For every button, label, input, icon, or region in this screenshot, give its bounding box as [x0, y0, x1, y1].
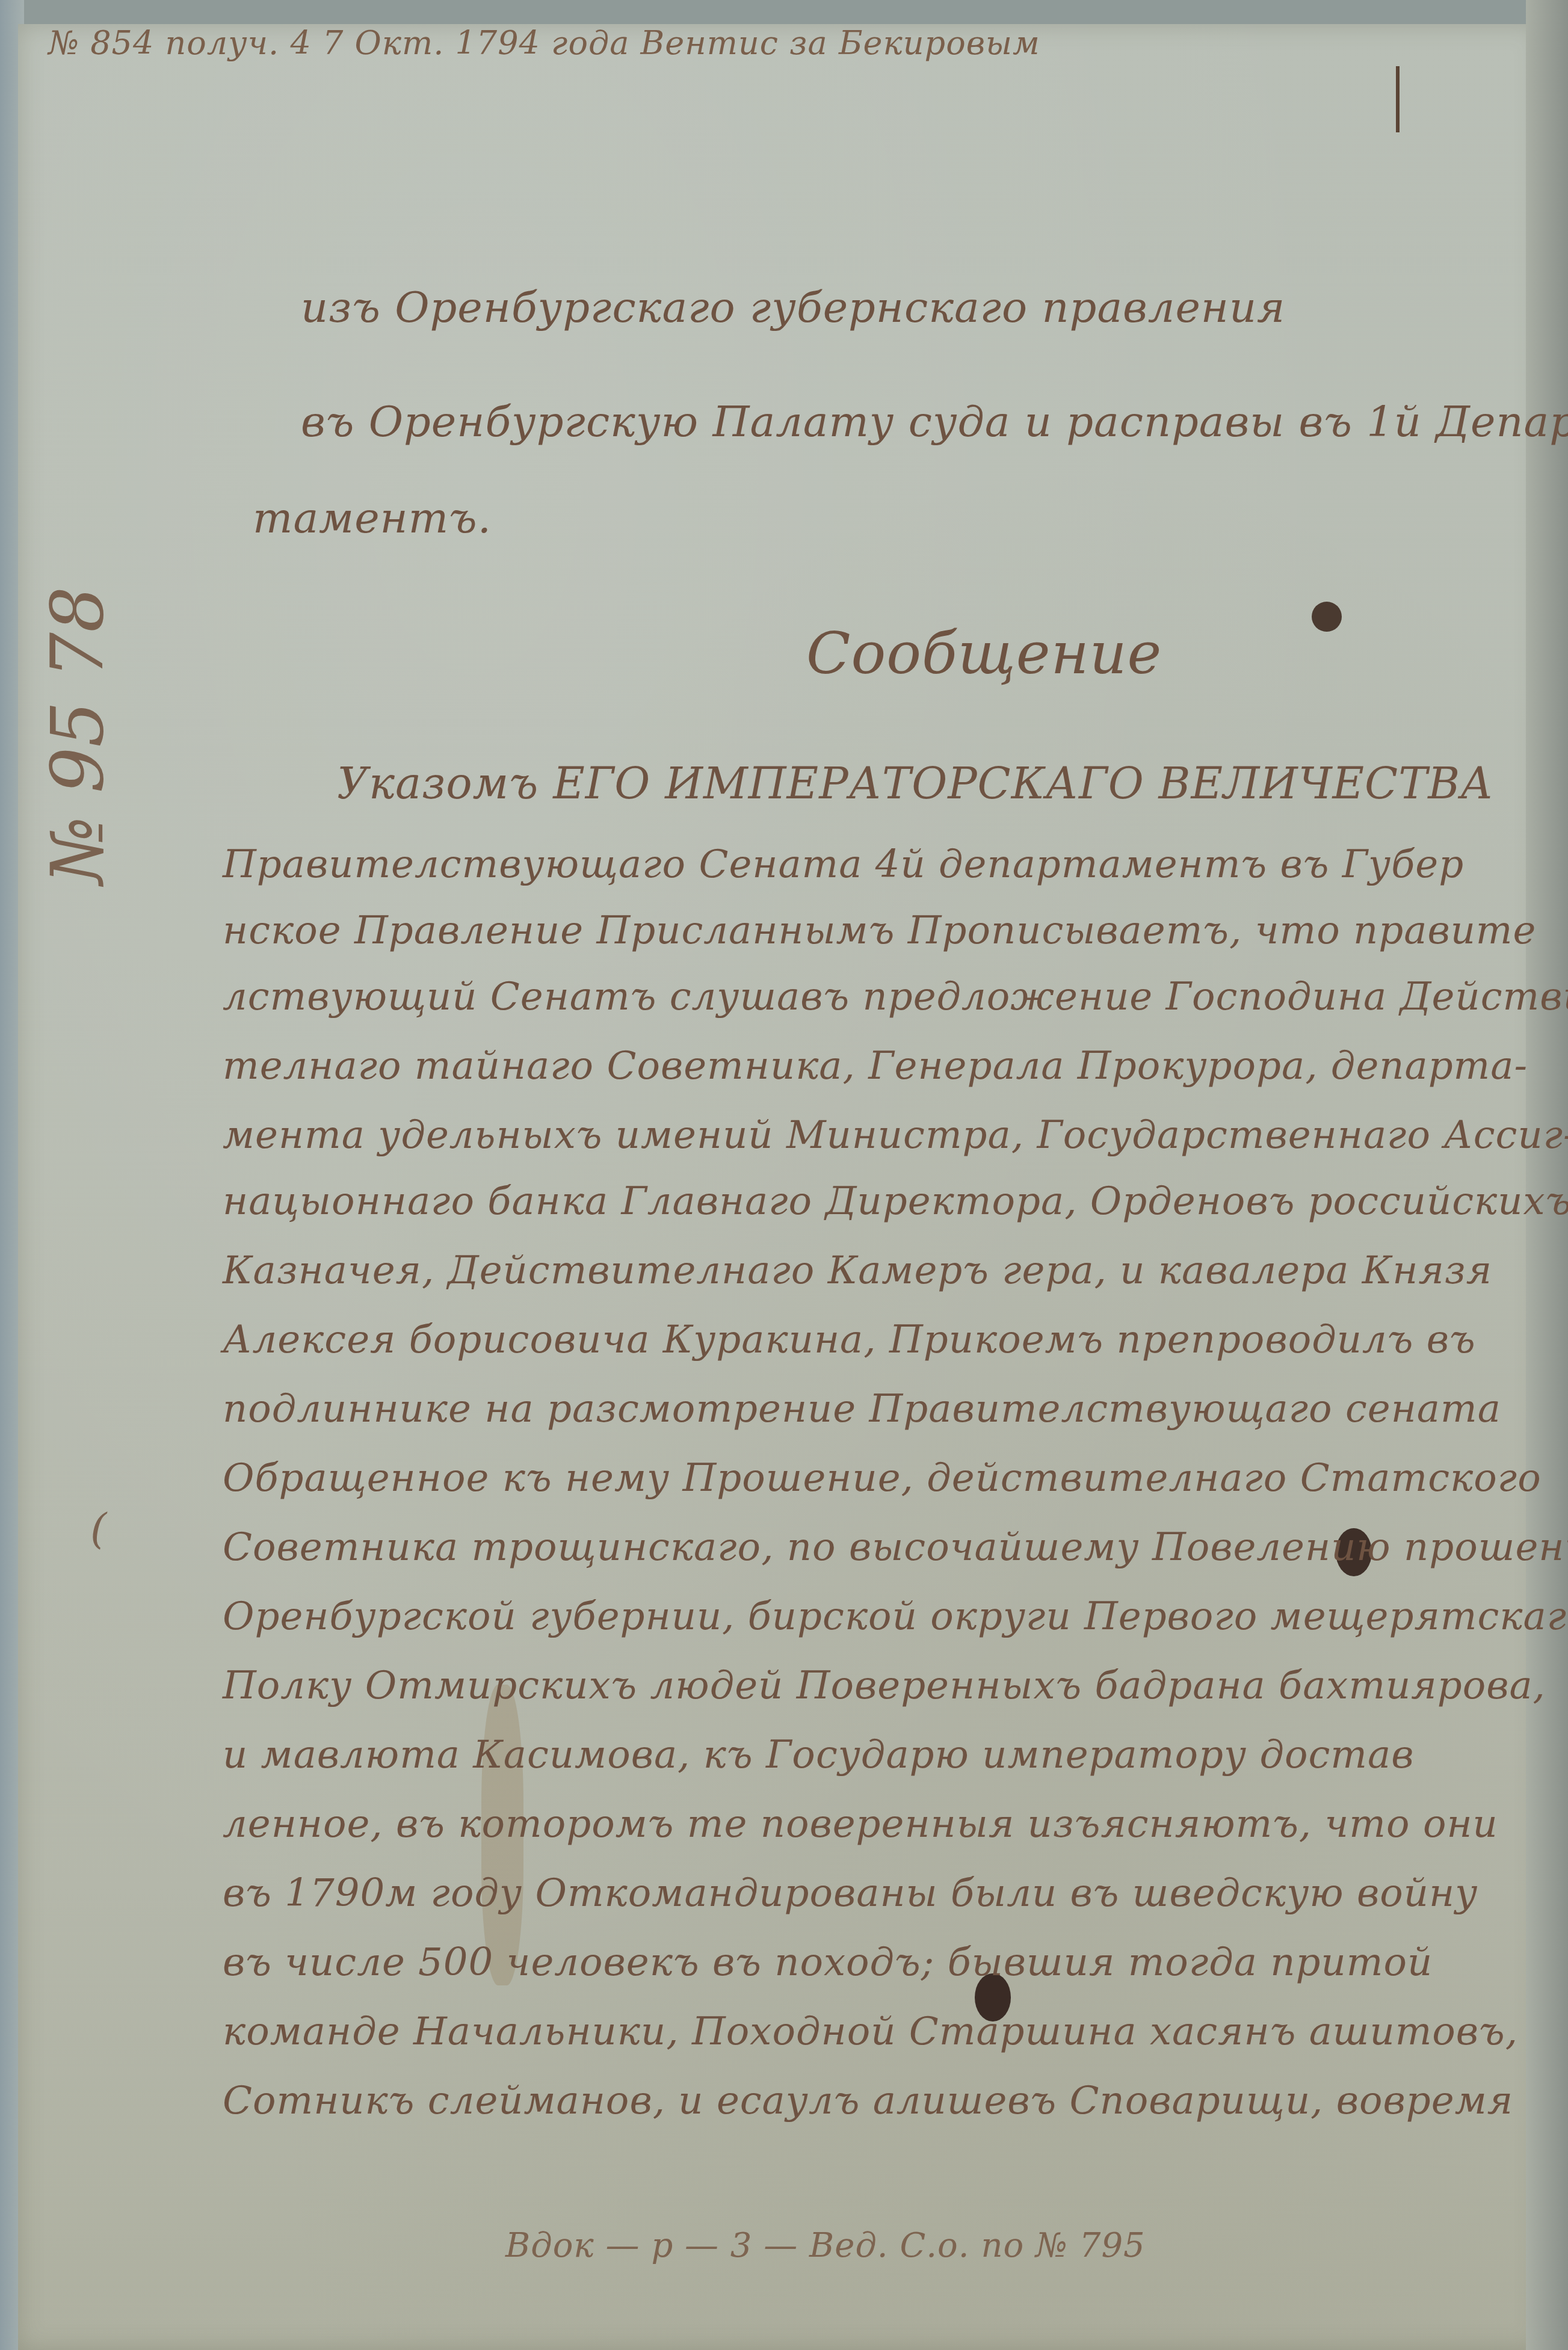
body-line: въ числе 500 человекъ въ походъ; бывшия … — [223, 1940, 1433, 1985]
body-line: лствующий Сенатъ слушавъ предложение Гос… — [223, 975, 1568, 1019]
body-line: мента удельныхъ имений Министра, Государ… — [223, 1113, 1568, 1158]
header-registration-note: № 854 получ. 4 7 Окт. 1794 года Вентис з… — [48, 24, 1040, 62]
body-line: Советника трощинскаго, по высочайшему По… — [223, 1525, 1568, 1570]
title-line-1: изъ Оренбургскаго губернскаго правления — [301, 283, 1285, 332]
body-line: Указомъ ЕГО ИМПЕРАТОРСКАГО ВЕЛИЧЕСТВА — [337, 758, 1494, 809]
footer-reference-note: Вдок — р — 3 — Вед. С.о. по № 795 — [505, 2226, 1146, 2265]
body-line: ленное, въ которомъ те поверенныя изъясн… — [223, 1802, 1498, 1846]
margin-annotation: № 95 78 — [36, 587, 120, 884]
body-line: Сотникъ слейманов, и есаулъ алишевъ Спов… — [223, 2079, 1513, 2123]
body-line: команде Начальники, Походной Старшина ха… — [223, 2009, 1518, 2054]
body-line: Казначея, Действителнаго Камеръ гера, и … — [223, 1248, 1492, 1293]
ink-blot — [1312, 602, 1342, 632]
body-line: въ 1790м году Откомандированы были въ шв… — [223, 1871, 1478, 1916]
document-heading: Сообщение — [806, 620, 1162, 687]
title-line-2: въ Оренбургскую Палату суда и расправы в… — [301, 397, 1568, 446]
body-line: Обращенное къ нему Прошение, действителн… — [223, 1456, 1542, 1500]
body-line: Правителствующаго Сената 4й департаментъ… — [223, 842, 1464, 887]
body-line: Алексея борисовича Куракина, Прикоемъ пр… — [223, 1318, 1476, 1362]
ink-mark — [1396, 66, 1400, 132]
body-line: нацыоннаго банка Главнаго Директора, Орд… — [223, 1179, 1568, 1224]
page-edge-right — [1526, 0, 1568, 2350]
body-line: подлиннике на разсмотрение Правителствую… — [223, 1387, 1501, 1431]
body-line: Оренбургской губернии, бирской округи Пе… — [223, 1594, 1568, 1639]
margin-bracket: ( — [90, 1504, 106, 1553]
body-line: телнаго тайнаго Советника, Генерала Прок… — [223, 1044, 1528, 1088]
body-line: Полку Отмирскихъ людей Поверенныхъ бадра… — [223, 1664, 1546, 1708]
body-line: и мавлюта Касимова, къ Государю императо… — [223, 1733, 1414, 1777]
title-line-3: таментъ. — [253, 493, 492, 543]
body-line: нское Правление Присланнымъ Прописываетъ… — [223, 908, 1536, 953]
